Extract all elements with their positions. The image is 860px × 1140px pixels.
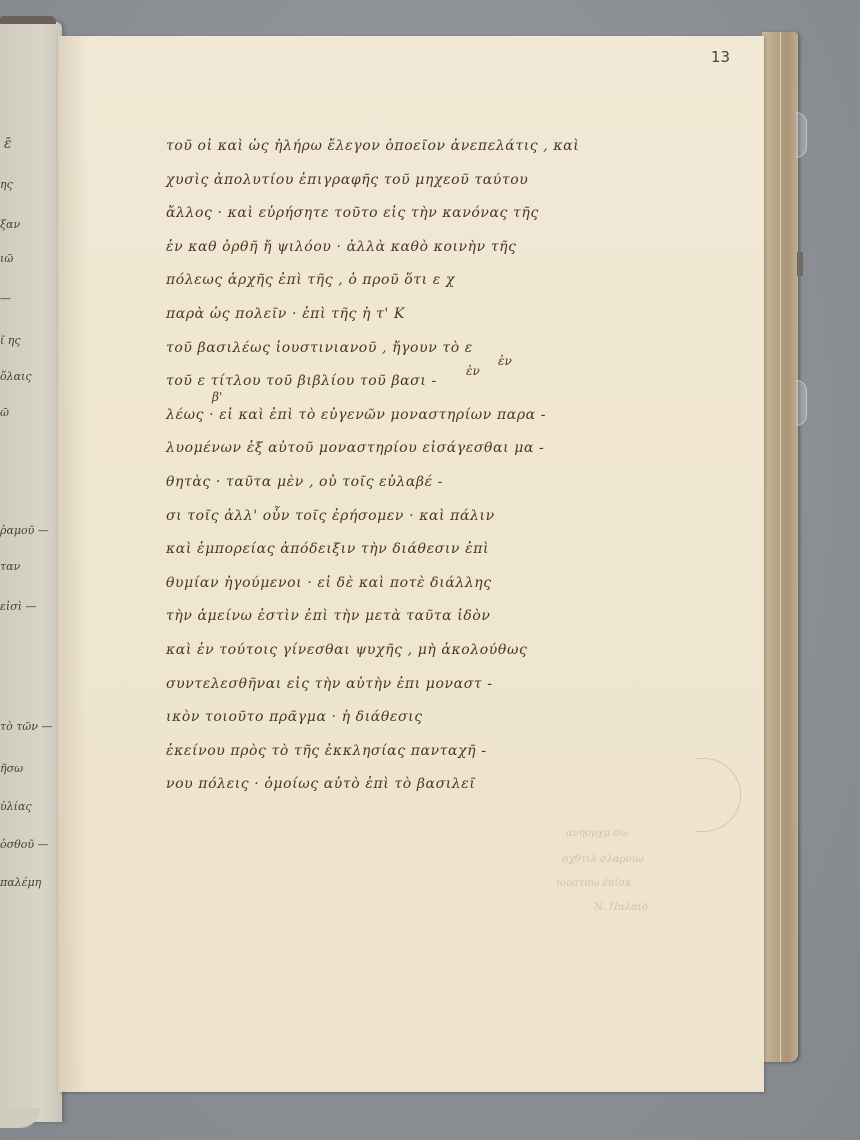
fore-edge-line [780,32,781,1062]
text-line: ικὸν τοιοῦτο πρᾶγμα · ἡ διάθεσις [166,701,546,735]
left-fragment: ε̄ [4,136,12,152]
bookmark-tab [797,252,803,276]
text-line: τὴν ἀμείνω ἐστὶν ἐπὶ τὴν μετὰ ταῦτα ἰδὸν [166,600,546,634]
left-fragment: ης [0,178,13,191]
text-line: ἐν καθ ὀρθῆ ἤ ψιλόου · ἀλλὰ καθὸ κοινὴν … [166,231,546,265]
text-line: καὶ ἐμπορείας ἀπόδειξιν τὴν διάθεσιν ἐπὶ [166,533,546,567]
left-fragment: παλέμη [0,876,41,889]
left-fragment: εἰσὶ — [0,600,37,613]
left-fragment: ῖ ης [0,334,21,347]
text-line: πόλεως ἀρχῆς ἐπὶ τῆς , ὁ προῦ ὅτι ε χ [166,264,546,298]
left-fragment: — [0,292,11,305]
faint-marginal-note: σχθτιλ σλαρνιω [562,854,644,865]
text-line: ἄλλος · καὶ εὐρήσητε τοῦτο εἰς τὴν κανόν… [166,197,546,231]
binding-edge [0,16,56,24]
text-line: ἐκείνου πρὸς τὸ τῆς ἐκκλησίας πανταχῆ - [166,735,546,769]
text-line: σι τοῖς ἀλλ' οὖν τοῖς ἐρήσομεν · καὶ πάλ… [166,500,546,534]
clip-top [796,112,807,158]
interlinear-note: ἐν [466,364,480,378]
faint-marginal-note: ανησρχμ σω [566,828,628,839]
left-fragment: ὅλαις [0,370,32,383]
text-line: θητὰς · ταῦτα μὲν , οὐ τοῖς εὐλαβέ - [166,466,546,500]
folio-number: 13 [711,48,730,66]
text-line: νου πόλεις · ὁμοίως αὐτὸ ἐπὶ τὸ βασιλεῖ [166,768,546,802]
text-line: λυομένων ἐξ αὐτοῦ μοναστηρίου εἰσάγεσθαι… [166,432,546,466]
left-fragment: ιῶ [0,252,13,265]
text-line: παρὰ ὡς πολεῖν · ἐπὶ τῆς ἡ τ' Κ [166,298,546,332]
faint-marginal-note: ιουστσω ἐπίσκ [556,878,632,889]
faint-bracket-mark [696,758,741,832]
left-fragment: ταν [0,560,20,573]
text-line: συντελεσθῆναι εἰς τὴν αὐτὴν ἐπι μοναστ - [166,668,546,702]
interlinear-note: ἐν [498,354,512,368]
text-line: τοῦ οἱ καὶ ὡς ἠλήρω ἔλεγον ὁποεῖον ἀνεπε… [166,130,546,164]
text-line: χυσὶς ἀπολυτίου ἐπιγραφῆς τοῦ μηχεοῦ ταύ… [166,164,546,198]
main-text-block: τοῦ οἱ καὶ ὡς ἠλήρω ἔλεγον ὁποεῖον ἀνεπε… [166,130,546,802]
text-line: τοῦ βασιλέως ἰουστινιανοῦ , ἤγουν τὸ ε [166,332,546,366]
text-line: τοῦ ε τίτλου τοῦ βιβλίου τοῦ βασι - [166,365,546,399]
left-fragment: ῶ [0,406,9,419]
left-fragment: ὐλίας [0,800,32,813]
interlinear-note: β' [212,390,222,404]
text-line: θυμίαν ἠγούμενοι · εἰ δὲ καὶ ποτὲ διάλλη… [166,567,546,601]
left-fragment: ῥαμοῦ — [0,524,49,537]
left-fragment: ῆσω [0,762,23,775]
left-fragment: τὸ τῶν — [0,720,52,733]
left-fragment: ξαν [0,218,20,231]
left-fragment: ὁσθοῦ — [0,838,49,851]
faint-marginal-note: Ν. Παλαιό [594,902,648,913]
text-line: καὶ ἐν τούτοις γίνεσθαι ψυχῆς , μὴ ἀκολο… [166,634,546,668]
book-fore-edge [762,32,798,1062]
text-line: λέως · εἰ καὶ ἐπὶ τὸ εὐγενῶν μοναστηρίων… [166,399,546,433]
recto-page: 13 τοῦ οἱ καὶ ὡς ἠλήρω ἔλεγον ὁποεῖον ἀν… [58,36,764,1092]
left-verso-page: ε̄ ης ξαν ιῶ — ῖ ης ὅλαις ῶ ῥαμοῦ — ταν … [0,22,62,1122]
clip-bottom [796,380,807,426]
